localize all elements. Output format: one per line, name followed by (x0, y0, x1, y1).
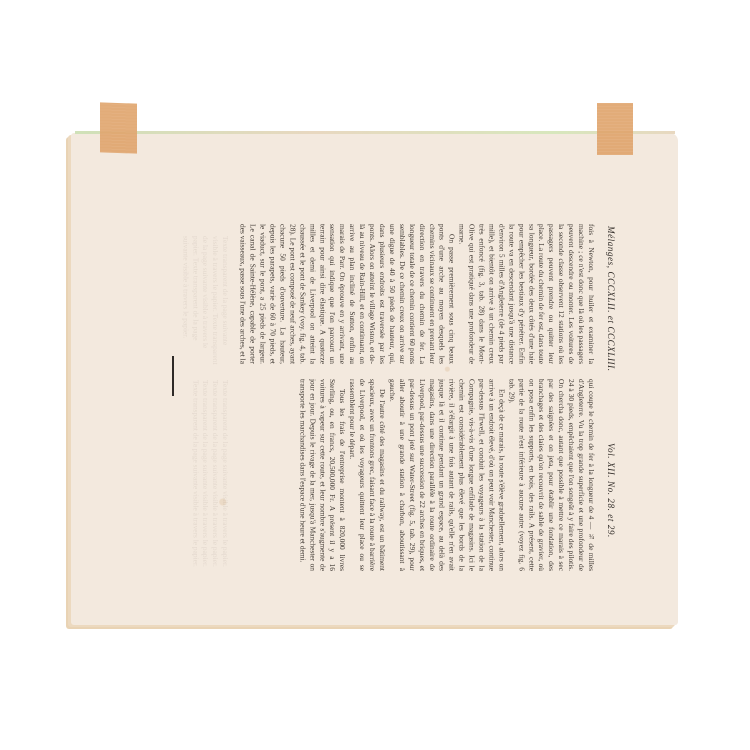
bleed-through-text: Texte transparent de la page suivante vi… (150, 236, 230, 366)
running-header-title: Mélanges, CCCXLII. et CCCXLIII. (606, 226, 616, 372)
bleed-through-text: Texte transparent de la page suivante vi… (150, 380, 230, 575)
page-stack-edge (75, 131, 675, 134)
paragraph: qui coupe le chemin de fer à la longueur… (506, 379, 596, 571)
text-column-second: qui coupe le chemin de fer à la longueur… (236, 379, 596, 571)
masking-tape-right (597, 103, 633, 155)
masking-tape-left (100, 102, 137, 153)
paragraph: On passe premièrement sous cinq beaux po… (236, 224, 457, 364)
text-column-first: fois à Newton, pour huiler et examiner l… (236, 224, 596, 364)
paragraph: En deçà de ce marais, la route s'élève g… (387, 379, 506, 571)
paragraph: De l'autre côté des magasins et du railw… (347, 379, 387, 571)
running-header-volume: Vol. XII. No. 28. et 29. (606, 443, 616, 538)
paragraph: Tous les frais de l'entreprise montent à… (297, 379, 347, 571)
paragraph: fois à Newton, pour huiler et examiner l… (457, 224, 596, 364)
